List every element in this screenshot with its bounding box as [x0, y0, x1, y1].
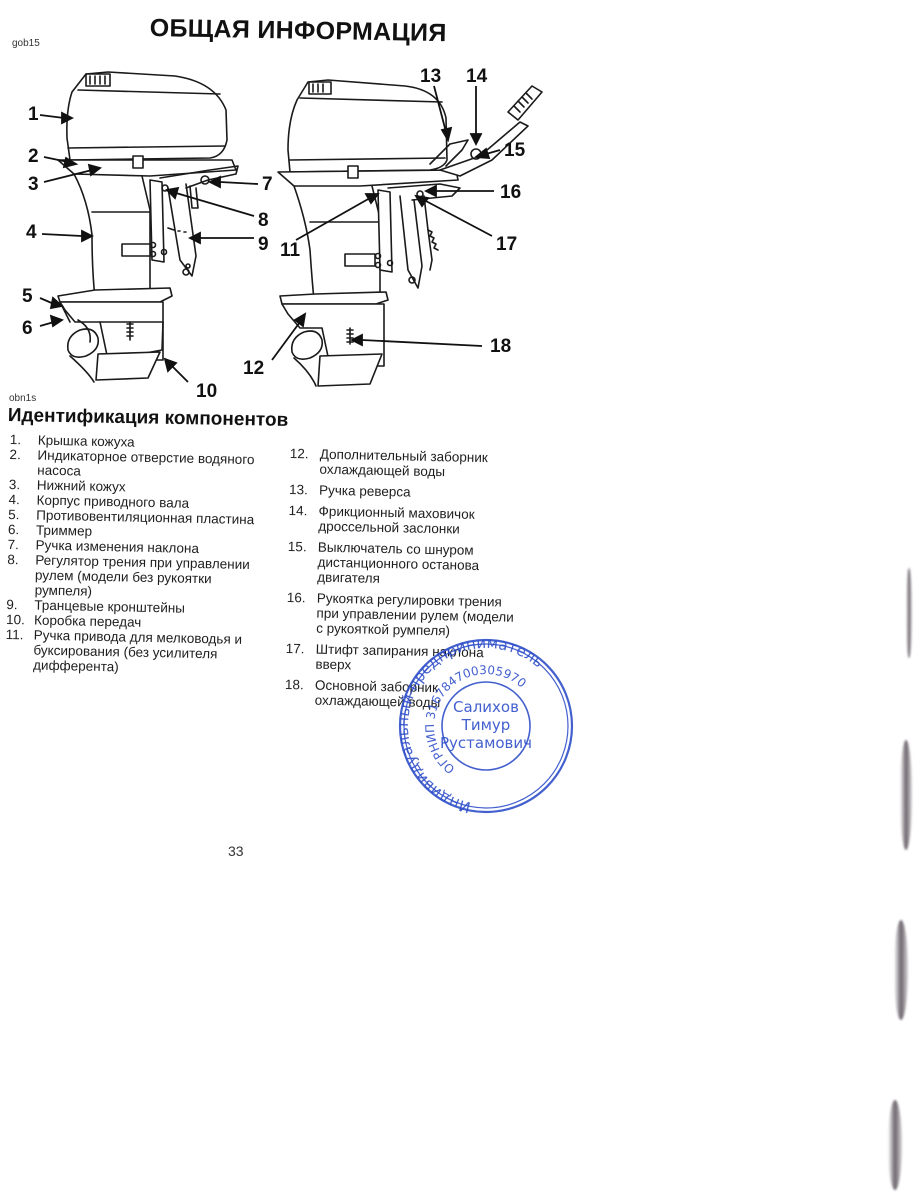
callout-18: 18: [490, 336, 511, 358]
section-reference-code: obn1s: [9, 393, 36, 404]
callout-15: 15: [504, 140, 525, 162]
scan-smudge: [894, 920, 908, 1020]
callout-6: 6: [22, 318, 33, 340]
callout-8: 8: [258, 210, 269, 232]
stamp-name-line-2: Тимур: [461, 716, 511, 734]
stamp-name-line-1: Салихов: [453, 698, 519, 716]
list-item: 14.Фрикционный маховичок дроссельной зас…: [288, 503, 519, 538]
scan-smudge: [906, 568, 912, 658]
list-item: 8.Регулятор трения при управлении рулем …: [7, 552, 258, 602]
scan-smudge: [888, 1100, 902, 1190]
list-item: 11.Ручка привода для мелководья и буксир…: [5, 627, 256, 677]
left-motor-drawing: [58, 72, 238, 382]
list-item: 13.Ручка реверса: [289, 482, 519, 502]
callout-3: 3: [28, 174, 39, 196]
components-list-left: 1.Крышка кожуха 2.Индикаторное отверстие…: [5, 432, 260, 677]
callout-5: 5: [22, 286, 33, 308]
stamp-name-line-3: Рустамович: [440, 734, 532, 752]
callout-2: 2: [28, 146, 39, 168]
callout-1: 1: [28, 104, 39, 126]
callout-7: 7: [262, 174, 273, 196]
callout-12: 12: [243, 358, 264, 380]
section-heading: Идентификация компонентов: [8, 405, 289, 432]
outboard-motor-diagrams: [0, 60, 560, 400]
page-title: ОБЩАЯ ИНФОРМАЦИЯ: [149, 14, 446, 48]
callout-10: 10: [196, 381, 217, 403]
callout-14: 14: [466, 66, 487, 88]
scan-smudge: [900, 740, 912, 850]
callout-16: 16: [500, 182, 521, 204]
top-reference-code: gob15: [12, 38, 40, 49]
callout-4: 4: [26, 222, 37, 244]
callout-13: 13: [420, 66, 441, 88]
callout-17: 17: [496, 234, 517, 256]
list-item: 15.Выключатель со шнуром дистанционного …: [287, 539, 518, 589]
company-stamp: Индивидуальный предприниматель ОГРНИП 31…: [396, 632, 576, 822]
page-number: 33: [228, 843, 244, 859]
list-item: 12.Дополнительный заборник охлаждающей в…: [289, 446, 520, 481]
callout-11: 11: [280, 240, 300, 262]
callout-9: 9: [258, 234, 269, 256]
